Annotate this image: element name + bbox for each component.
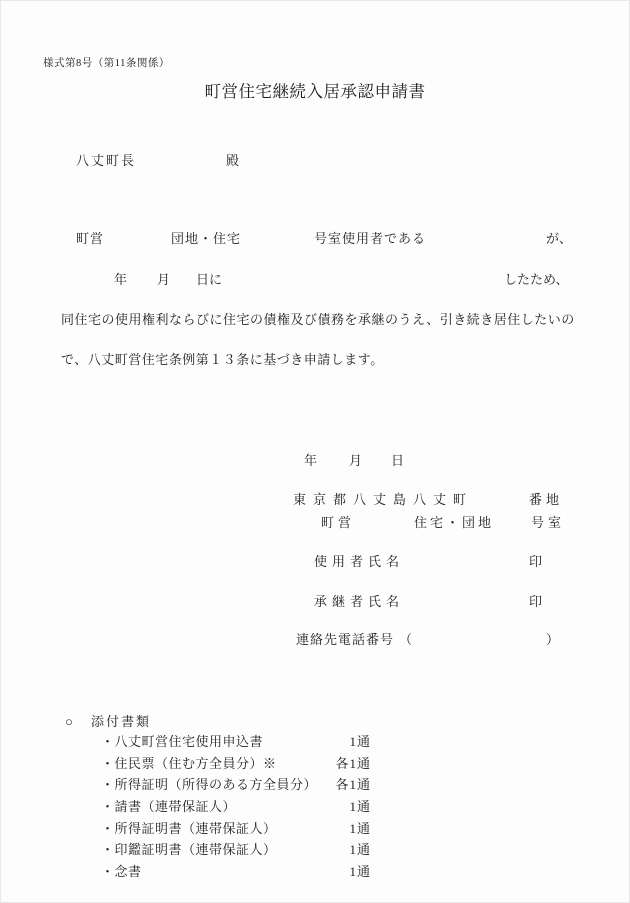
user-seal-mark: 印 — [529, 554, 542, 570]
body-line4-text: で、八丈町営住宅条例第１３条に基づき申請します。 — [61, 352, 384, 368]
phone-paren-open: （ — [399, 632, 412, 648]
attachment-item-label: ・所得証明書（連帯保証人） — [101, 821, 277, 837]
body-line3-text: 同住宅の使用権利ならびに住宅の債権及び債務を承継のうえ、引き続き居住したいの — [61, 312, 575, 328]
attachment-item-count: 1通 — [349, 864, 371, 880]
application-form-page: 様式第8号（第11条関係） 町営住宅継続入居承認申請書 八丈町長 殿 町営 団地… — [0, 0, 630, 903]
date-year-label: 年 — [304, 453, 317, 469]
addressee-name: 八丈町長 — [76, 153, 136, 169]
body-line2-year-label: 年 — [114, 272, 127, 288]
attachment-item: ・念書 1通 — [101, 864, 371, 880]
attachment-item-count: 各1通 — [335, 777, 371, 793]
attachment-item-label: ・請書（連帯保証人） — [101, 799, 236, 815]
attachments-circle-marker: ○ — [65, 714, 73, 730]
address-jutaku-danchi-label: 住宅・団地 — [414, 515, 494, 531]
user-name-label: 使用者氏名 — [314, 554, 404, 570]
attachment-item: ・住民票（住む方全員分）※ 各1通 — [101, 756, 371, 772]
attachments-heading: 添付書類 — [91, 714, 151, 730]
successor-seal-mark: 印 — [529, 594, 542, 610]
attachment-item-label: ・印鑑証明書（連帯保証人） — [101, 842, 277, 858]
phone-paren-close: ） — [546, 632, 559, 648]
form-number: 様式第8号（第11条関係） — [43, 57, 170, 70]
date-month-label: 月 — [349, 453, 362, 469]
address-prefix-label: 東京都八丈島八丈町 — [293, 492, 473, 508]
body-line1-choei-label: 町営 — [76, 231, 104, 247]
body-line2-day-label: 日に — [196, 272, 222, 288]
attachment-item-count: 1通 — [349, 799, 371, 815]
attachment-item-count: 各1通 — [335, 756, 371, 772]
body-line2-tail-text: したため、 — [504, 272, 568, 288]
attachment-item-count: 1通 — [349, 734, 371, 750]
attachment-item-label: ・八丈町営住宅使用申込書 — [101, 734, 263, 750]
body-line1-danchi-jutaku-label: 団地・住宅 — [171, 231, 241, 247]
attachment-item: ・所得証明（所得のある方全員分） 各1通 — [101, 777, 371, 793]
attachment-item: ・八丈町営住宅使用申込書 1通 — [101, 734, 371, 750]
attachment-item: ・請書（連帯保証人） 1通 — [101, 799, 371, 815]
attachment-item-count: 1通 — [349, 842, 371, 858]
attachment-item-label: ・所得証明（所得のある方全員分） — [101, 777, 317, 793]
attachment-item-label: ・念書 — [101, 864, 142, 880]
attachment-item: ・所得証明書（連帯保証人） 1通 — [101, 821, 371, 837]
address-goshitsu-label: 号室 — [531, 515, 565, 531]
addressee-honorific: 殿 — [226, 153, 239, 169]
attachment-item-count: 1通 — [349, 821, 371, 837]
successor-name-label: 承継者氏名 — [314, 594, 404, 610]
address-banchi-label: 番地 — [529, 492, 563, 508]
phone-label: 連絡先電話番号 — [296, 632, 394, 648]
body-line1-room-user-label: 号室使用者である — [314, 231, 426, 247]
date-day-label: 日 — [391, 453, 404, 469]
address-choei-label: 町営 — [321, 515, 355, 531]
attachment-item: ・印鑑証明書（連帯保証人） 1通 — [101, 842, 371, 858]
body-line1-ga-particle: が、 — [546, 231, 572, 247]
body-line2-month-label: 月 — [157, 272, 170, 288]
document-title: 町営住宅継続入居承認申請書 — [1, 82, 629, 103]
attachment-item-label: ・住民票（住む方全員分）※ — [101, 756, 277, 772]
